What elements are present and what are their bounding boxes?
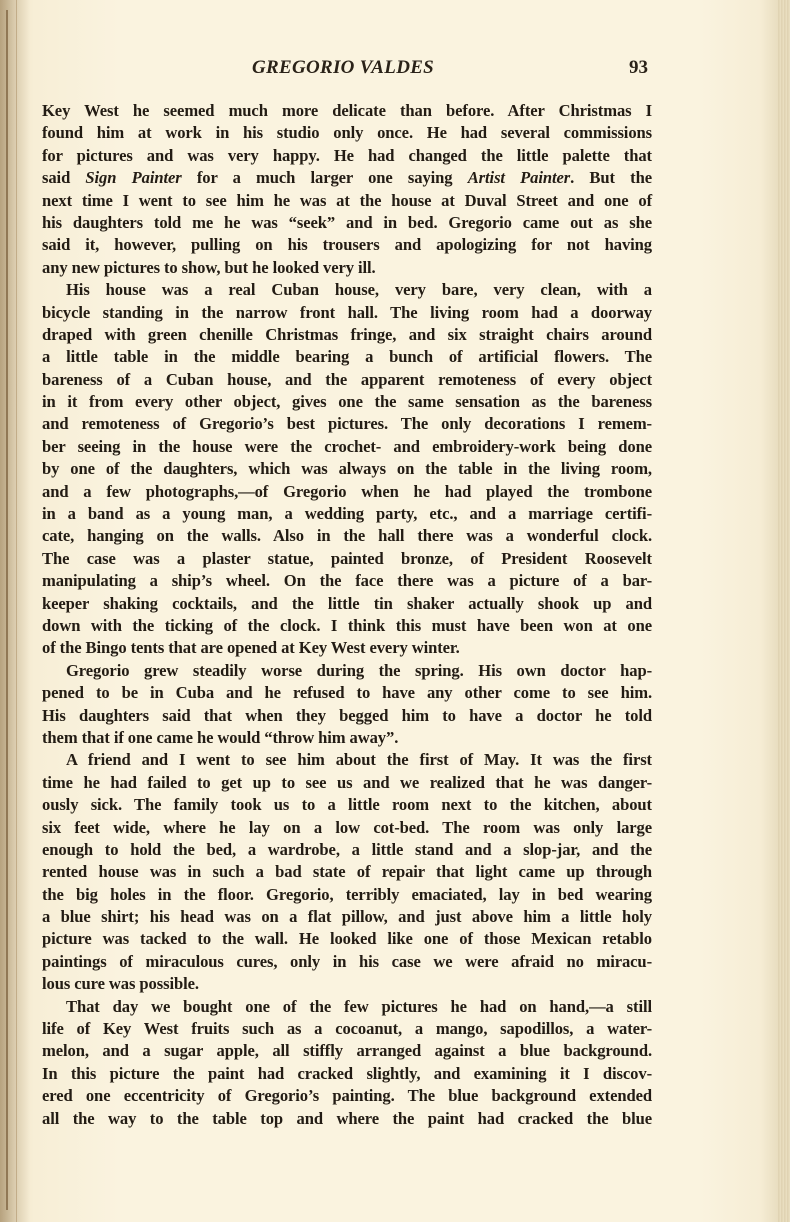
text-line: manipulating a ship’s wheel. On the face…	[42, 570, 652, 592]
paragraph: Gregorio grew steadily worse during the …	[42, 660, 652, 750]
text-line: said Sign Painter for a much larger one …	[42, 167, 652, 189]
text-line: for pictures and was very happy. He had …	[42, 145, 652, 167]
text-line: keeper shaking cocktails, and the little…	[42, 593, 652, 615]
text-line: That day we bought one of the few pictur…	[42, 996, 652, 1018]
text-line: The case was a plaster statue, painted b…	[42, 548, 652, 570]
text-line: picture was tacked to the wall. He looke…	[42, 928, 652, 950]
text-line: next time I went to see him he was at th…	[42, 190, 652, 212]
paragraph: A friend and I went to see him about the…	[42, 749, 652, 995]
paragraph: Key West he seemed much more delicate th…	[42, 100, 652, 279]
spine-edge	[6, 10, 8, 1210]
text-line: by one of the daughters, which was alway…	[42, 458, 652, 480]
text-line: any new pictures to show, but he looked …	[42, 257, 652, 279]
text-line: enough to hold the bed, a wardrobe, a li…	[42, 839, 652, 861]
text-line: the big holes in the floor. Gregorio, te…	[42, 884, 652, 906]
text-line: and remoteness of Gregorio’s best pictur…	[42, 413, 652, 435]
gutter-shadow	[0, 0, 30, 1222]
text-line: melon, and a sugar apple, all stiffly ar…	[42, 1040, 652, 1062]
text-line: in a band as a young man, a wedding part…	[42, 503, 652, 525]
text-line: cate, hanging on the walls. Also in the …	[42, 525, 652, 547]
text-line: and a few photographs,—of Gregorio when …	[42, 481, 652, 503]
page-stack-edge	[778, 0, 790, 1222]
text-line: down with the ticking of the clock. I th…	[42, 615, 652, 637]
text-line: In this picture the paint had cracked sl…	[42, 1063, 652, 1085]
text-line: ously sick. The family took us to a litt…	[42, 794, 652, 816]
italic-text: Sign Painter	[85, 168, 181, 187]
text-line: of the Bingo tents that are opened at Ke…	[42, 637, 652, 659]
text-line: said it, however, pulling on his trouser…	[42, 234, 652, 256]
text-line: bareness of a Cuban house, and the appar…	[42, 369, 652, 391]
spine-fold	[16, 0, 17, 1222]
paragraph: That day we bought one of the few pictur…	[42, 996, 652, 1130]
italic-text: Artist Painter	[468, 168, 570, 187]
text-line: Key West he seemed much more delicate th…	[42, 100, 652, 122]
text-line: Gregorio grew steadily worse during the …	[42, 660, 652, 682]
running-title: GREGORIO VALDES	[252, 57, 434, 79]
body-text: Key West he seemed much more delicate th…	[42, 100, 652, 1130]
text-line: paintings of miraculous cures, only in h…	[42, 951, 652, 973]
text-line: draped with green chenille Christmas fri…	[42, 324, 652, 346]
text-line: His daughters said that when they begged…	[42, 705, 652, 727]
text-line: ber seeing in the house were the crochet…	[42, 436, 652, 458]
text-line: six feet wide, where he lay on a low cot…	[42, 817, 652, 839]
page-number: 93	[629, 57, 648, 79]
text-line: a little table in the middle bearing a b…	[42, 346, 652, 368]
paragraph: His house was a real Cuban house, very b…	[42, 279, 652, 660]
text-line: them that if one came he would “throw hi…	[42, 727, 652, 749]
text-line: lous cure was possible.	[42, 973, 652, 995]
text-line: A friend and I went to see him about the…	[42, 749, 652, 771]
text-line: all the way to the table top and where t…	[42, 1108, 652, 1130]
text-line: found him at work in his studio only onc…	[42, 122, 652, 144]
text-line: a blue shirt; his head was on a flat pil…	[42, 906, 652, 928]
text-line: bicycle standing in the narrow front hal…	[42, 302, 652, 324]
book-page: GREGORIO VALDES 93 Key West he seemed mu…	[0, 0, 790, 1222]
text-line: ered one eccentricity of Gregorio’s pain…	[42, 1085, 652, 1107]
text-line: time he had failed to get up to see us a…	[42, 772, 652, 794]
text-line: in it from every other object, gives one…	[42, 391, 652, 413]
text-line: pened to be in Cuba and he refused to ha…	[42, 682, 652, 704]
text-line: rented house was in such a bad state of …	[42, 861, 652, 883]
text-line: His house was a real Cuban house, very b…	[42, 279, 652, 301]
text-line: his daughters told me he was “seek” and …	[42, 212, 652, 234]
text-line: life of Key West fruits such as a cocoan…	[42, 1018, 652, 1040]
